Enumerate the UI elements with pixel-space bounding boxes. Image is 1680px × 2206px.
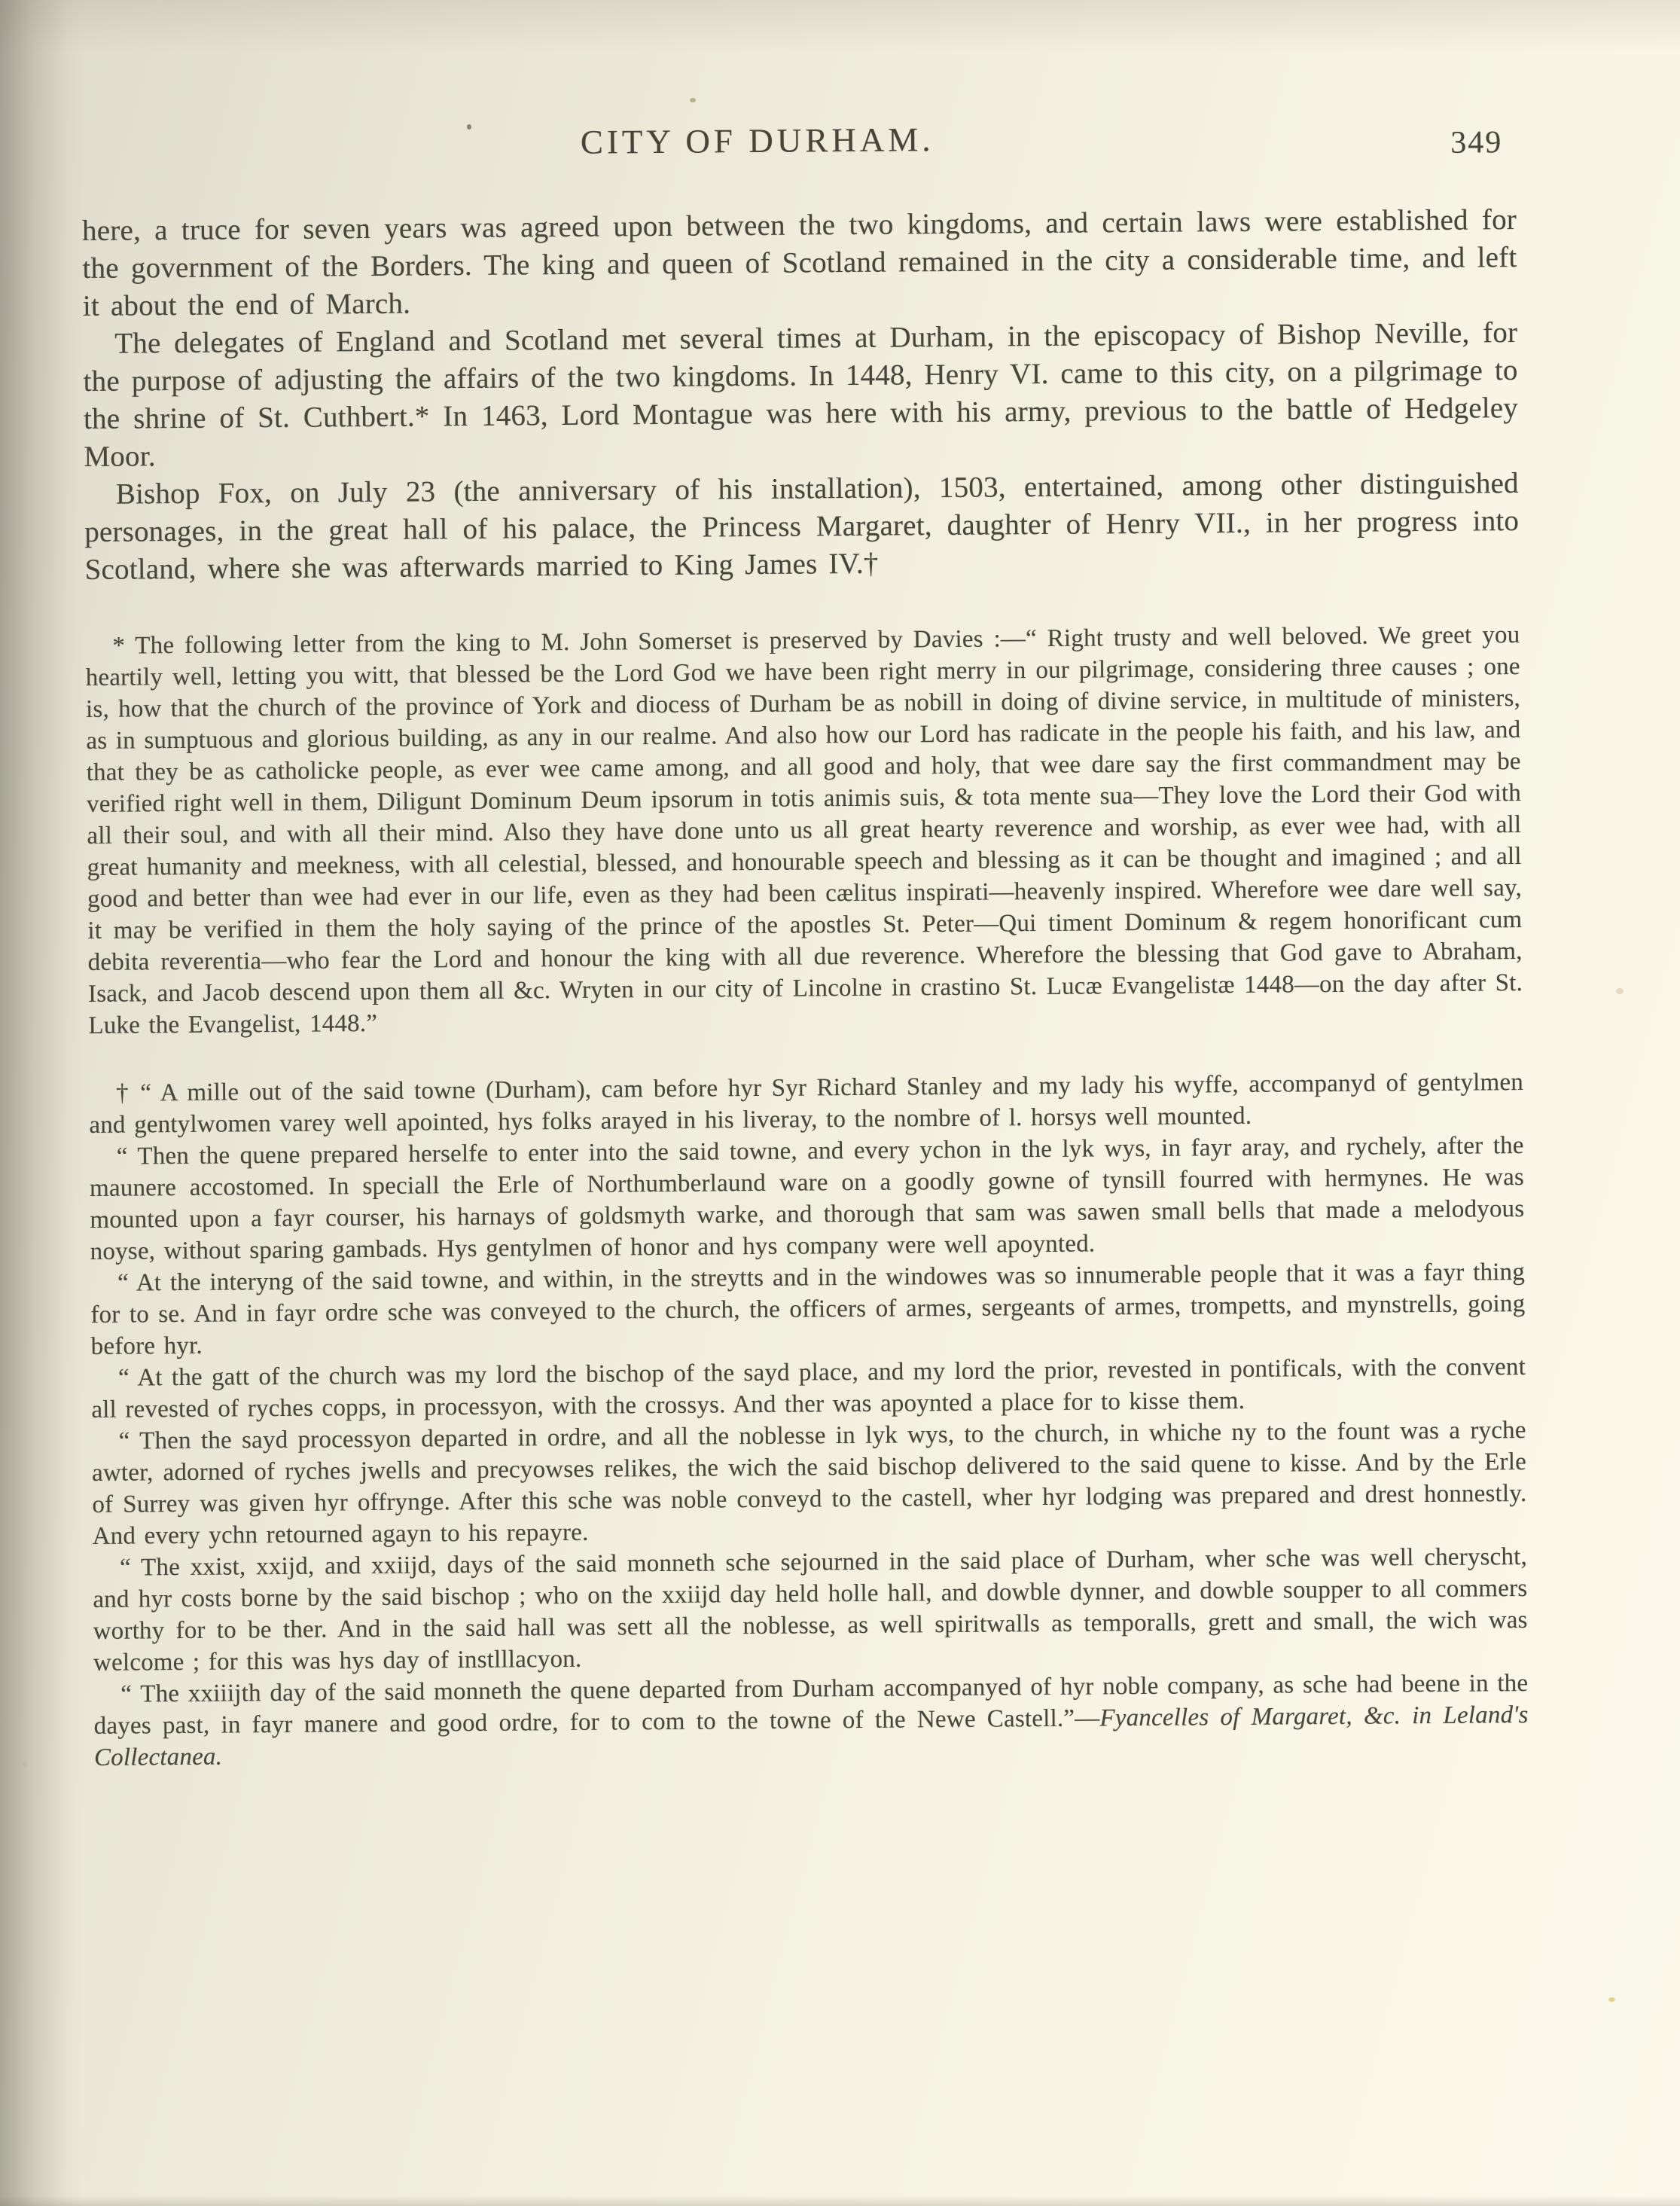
paper-speck	[690, 98, 696, 102]
body-paragraph: here, a truce for seven years was agreed…	[82, 201, 1517, 325]
paper-speck	[1616, 988, 1624, 994]
footnote-paragraph: “ The xxist, xxijd, and xxiijd, days of …	[93, 1541, 1528, 1679]
body-paragraph: Bishop Fox, on July 23 (the anniversary …	[84, 465, 1520, 589]
paper-speck	[1608, 1997, 1615, 2002]
running-header: CITY OF DURHAM. 349	[81, 115, 1516, 173]
page-left-edge-shadow	[0, 0, 68, 2206]
footnote-paragraph: “ The xxiiijth day of the said monneth t…	[93, 1667, 1529, 1774]
paper-speck	[23, 1762, 27, 1767]
footnote-dagger: † “ A mille out of the said towne (Durha…	[89, 1066, 1529, 1774]
main-text: here, a truce for seven years was agreed…	[82, 201, 1520, 589]
footnote-paragraph: “ Then the sayd processyon departed in o…	[92, 1414, 1527, 1552]
footnote-star: * The following letter from the king to …	[85, 619, 1523, 1042]
footnote-paragraph: † “ A mille out of the said towne (Durha…	[89, 1066, 1524, 1141]
footnote-paragraph: “ Then the quene prepared herselfe to en…	[90, 1130, 1525, 1268]
footnote-paragraph: “ At the interyng of the said towne, and…	[90, 1256, 1526, 1362]
footnote-paragraph: “ At the gatt of the church was my lord …	[91, 1351, 1526, 1426]
page-content: CITY OF DURHAM. 349 here, a truce for se…	[81, 115, 1529, 1774]
page-number: 349	[1450, 124, 1502, 161]
body-paragraph: The delegates of England and Scotland me…	[83, 314, 1519, 476]
footnote-paragraph: * The following letter from the king to …	[85, 619, 1523, 1042]
page-title: CITY OF DURHAM.	[81, 116, 1433, 166]
book-page-scan: CITY OF DURHAM. 349 here, a truce for se…	[0, 0, 1680, 2206]
